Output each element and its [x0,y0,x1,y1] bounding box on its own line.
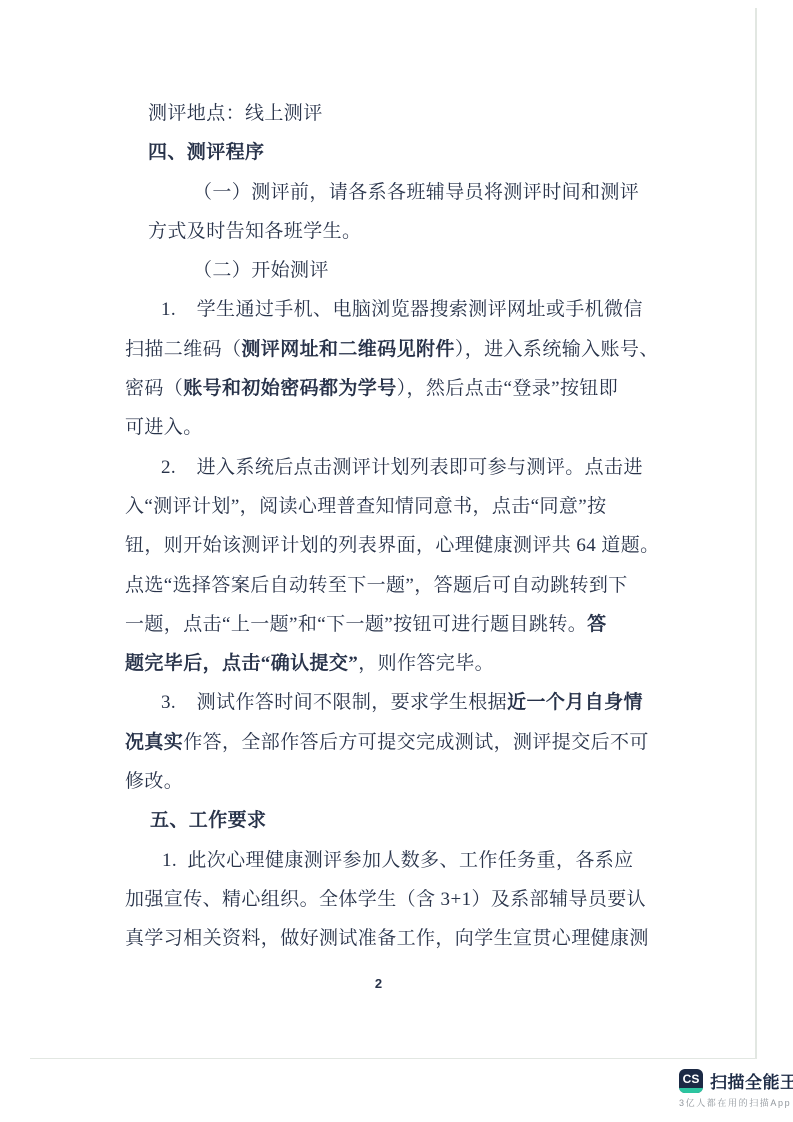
text-run-bold: 况真实 [125,732,183,753]
text-run: 入“测评计划”，阅读心理普查知情同意书，点击“同意”按 [125,496,607,517]
text-run-bold: 五、工作要求 [150,810,266,831]
doc-line: 加强宣传、精心组织。全体学生（含 3+1）及系部辅导员要认 [0,880,757,919]
text-run-bold: 账号和初始密码都为学号 [183,378,396,399]
scanned-document-page: 测评地点：线上测评 四、测评程序 （一）测评前，请各系各班辅导员将测评时间和测评… [0,0,793,1122]
text-run-bold: 题完毕后，点击“确认提交” [125,653,358,674]
text-run: ），进入系统输入账号、 [455,339,659,360]
camscanner-logo-icon: CS [679,1069,703,1093]
text-run: ），然后点击“登录”按钮即 [397,378,619,399]
text-run: 1. 学生通过手机、电脑浏览器搜索测评网址或手机微信 [161,299,643,320]
doc-line: 点选“选择答案后自动转至下一题”，答题后可自动跳转到下 [0,566,757,605]
text-run: 扫描二维码（ [125,339,241,360]
text-run-bold: 测评网址和二维码见附件 [241,339,454,360]
camscanner-logo-teal-bar [679,1088,703,1093]
doc-line: 密码（账号和初始密码都为学号），然后点击“登录”按钮即 [0,369,757,408]
text-run: 可进入。 [125,417,203,438]
doc-line: 入“测评计划”，阅读心理普查知情同意书，点击“同意”按 [0,487,757,526]
doc-line-item-3: 3. 测试作答时间不限制，要求学生根据近一个月自身情 [0,683,757,722]
page-edge-bottom [30,1058,757,1059]
text-run: 修改。 [125,771,183,792]
doc-line: 真学习相关资料，做好测试准备工作，向学生宣贯心理健康测 [0,919,757,958]
text-run: （二）开始测评 [193,260,329,281]
doc-line: 测评地点：线上测评 [0,94,757,133]
doc-line: 题完毕后，点击“确认提交”，则作答完毕。 [0,644,757,683]
text-run: （一）测评前，请各系各班辅导员将测评时间和测评 [193,182,639,203]
camscanner-logo-text: CS [679,1069,703,1088]
doc-line: 钮，则开始该测评计划的列表界面，心理健康测评共 64 道题。 [0,526,757,565]
page-number: 2 [0,976,757,991]
doc-line: （一）测评前，请各系各班辅导员将测评时间和测评 [0,173,757,212]
camscanner-watermark: CS 扫描全能王 ™ 3亿人都在用的扫描App [679,1068,793,1109]
text-run: 密码（ [125,378,183,399]
doc-line-item-1-sec5: 1. 此次心理健康测评参加人数多、工作任务重，各系应 [0,841,757,880]
text-run: 1. 此次心理健康测评参加人数多、工作任务重，各系应 [162,850,634,871]
text-run-bold: 四、测评程序 [148,142,264,163]
doc-line: 可进入。 [0,408,757,447]
doc-line: 修改。 [0,762,757,801]
text-run: 测评地点：线上测评 [148,103,323,124]
text-run-bold: 答 [587,614,606,635]
text-run: 点选“选择答案后自动转至下一题”，答题后可自动跳转到下 [125,575,628,596]
doc-line-item-1: 1. 学生通过手机、电脑浏览器搜索测评网址或手机微信 [0,290,757,329]
text-run: ，则作答完毕。 [358,653,494,674]
text-run: 一题，点击“上一题”和“下一题”按钮可进行题目跳转。 [125,614,587,635]
camscanner-watermark-row: CS 扫描全能王 ™ [679,1068,793,1093]
text-run: 方式及时告知各班学生。 [148,221,361,242]
text-run: 加强宣传、精心组织。全体学生（含 3+1）及系部辅导员要认 [125,889,646,910]
text-run: 真学习相关资料，做好测试准备工作，向学生宣贯心理健康测 [125,928,649,949]
camscanner-subtitle: 3亿人都在用的扫描App [679,1096,793,1109]
text-run: 3. 测试作答时间不限制，要求学生根据 [161,692,507,713]
doc-heading-section-4: 四、测评程序 [0,133,757,172]
doc-line: 方式及时告知各班学生。 [0,212,757,251]
doc-line: 况真实作答，全部作答后方可提交完成测试，测评提交后不可 [0,723,757,762]
text-run: 2. 进入系统后点击测评计划列表即可参与测评。点击进 [161,457,643,478]
doc-line: 扫描二维码（测评网址和二维码见附件），进入系统输入账号、 [0,330,757,369]
doc-line: （二）开始测评 [0,251,757,290]
document-body: 测评地点：线上测评 四、测评程序 （一）测评前，请各系各班辅导员将测评时间和测评… [0,94,757,959]
text-run: 作答，全部作答后方可提交完成测试，测评提交后不可 [183,732,649,753]
text-run: 钮，则开始该测评计划的列表界面，心理健康测评共 64 道题。 [125,535,660,556]
doc-line-item-2: 2. 进入系统后点击测评计划列表即可参与测评。点击进 [0,448,757,487]
doc-heading-section-5: 五、工作要求 [0,801,757,840]
text-run-bold: 近一个月自身情 [507,692,643,713]
doc-line: 一题，点击“上一题”和“下一题”按钮可进行题目跳转。答 [0,605,757,644]
camscanner-title: 扫描全能王 [710,1068,793,1093]
